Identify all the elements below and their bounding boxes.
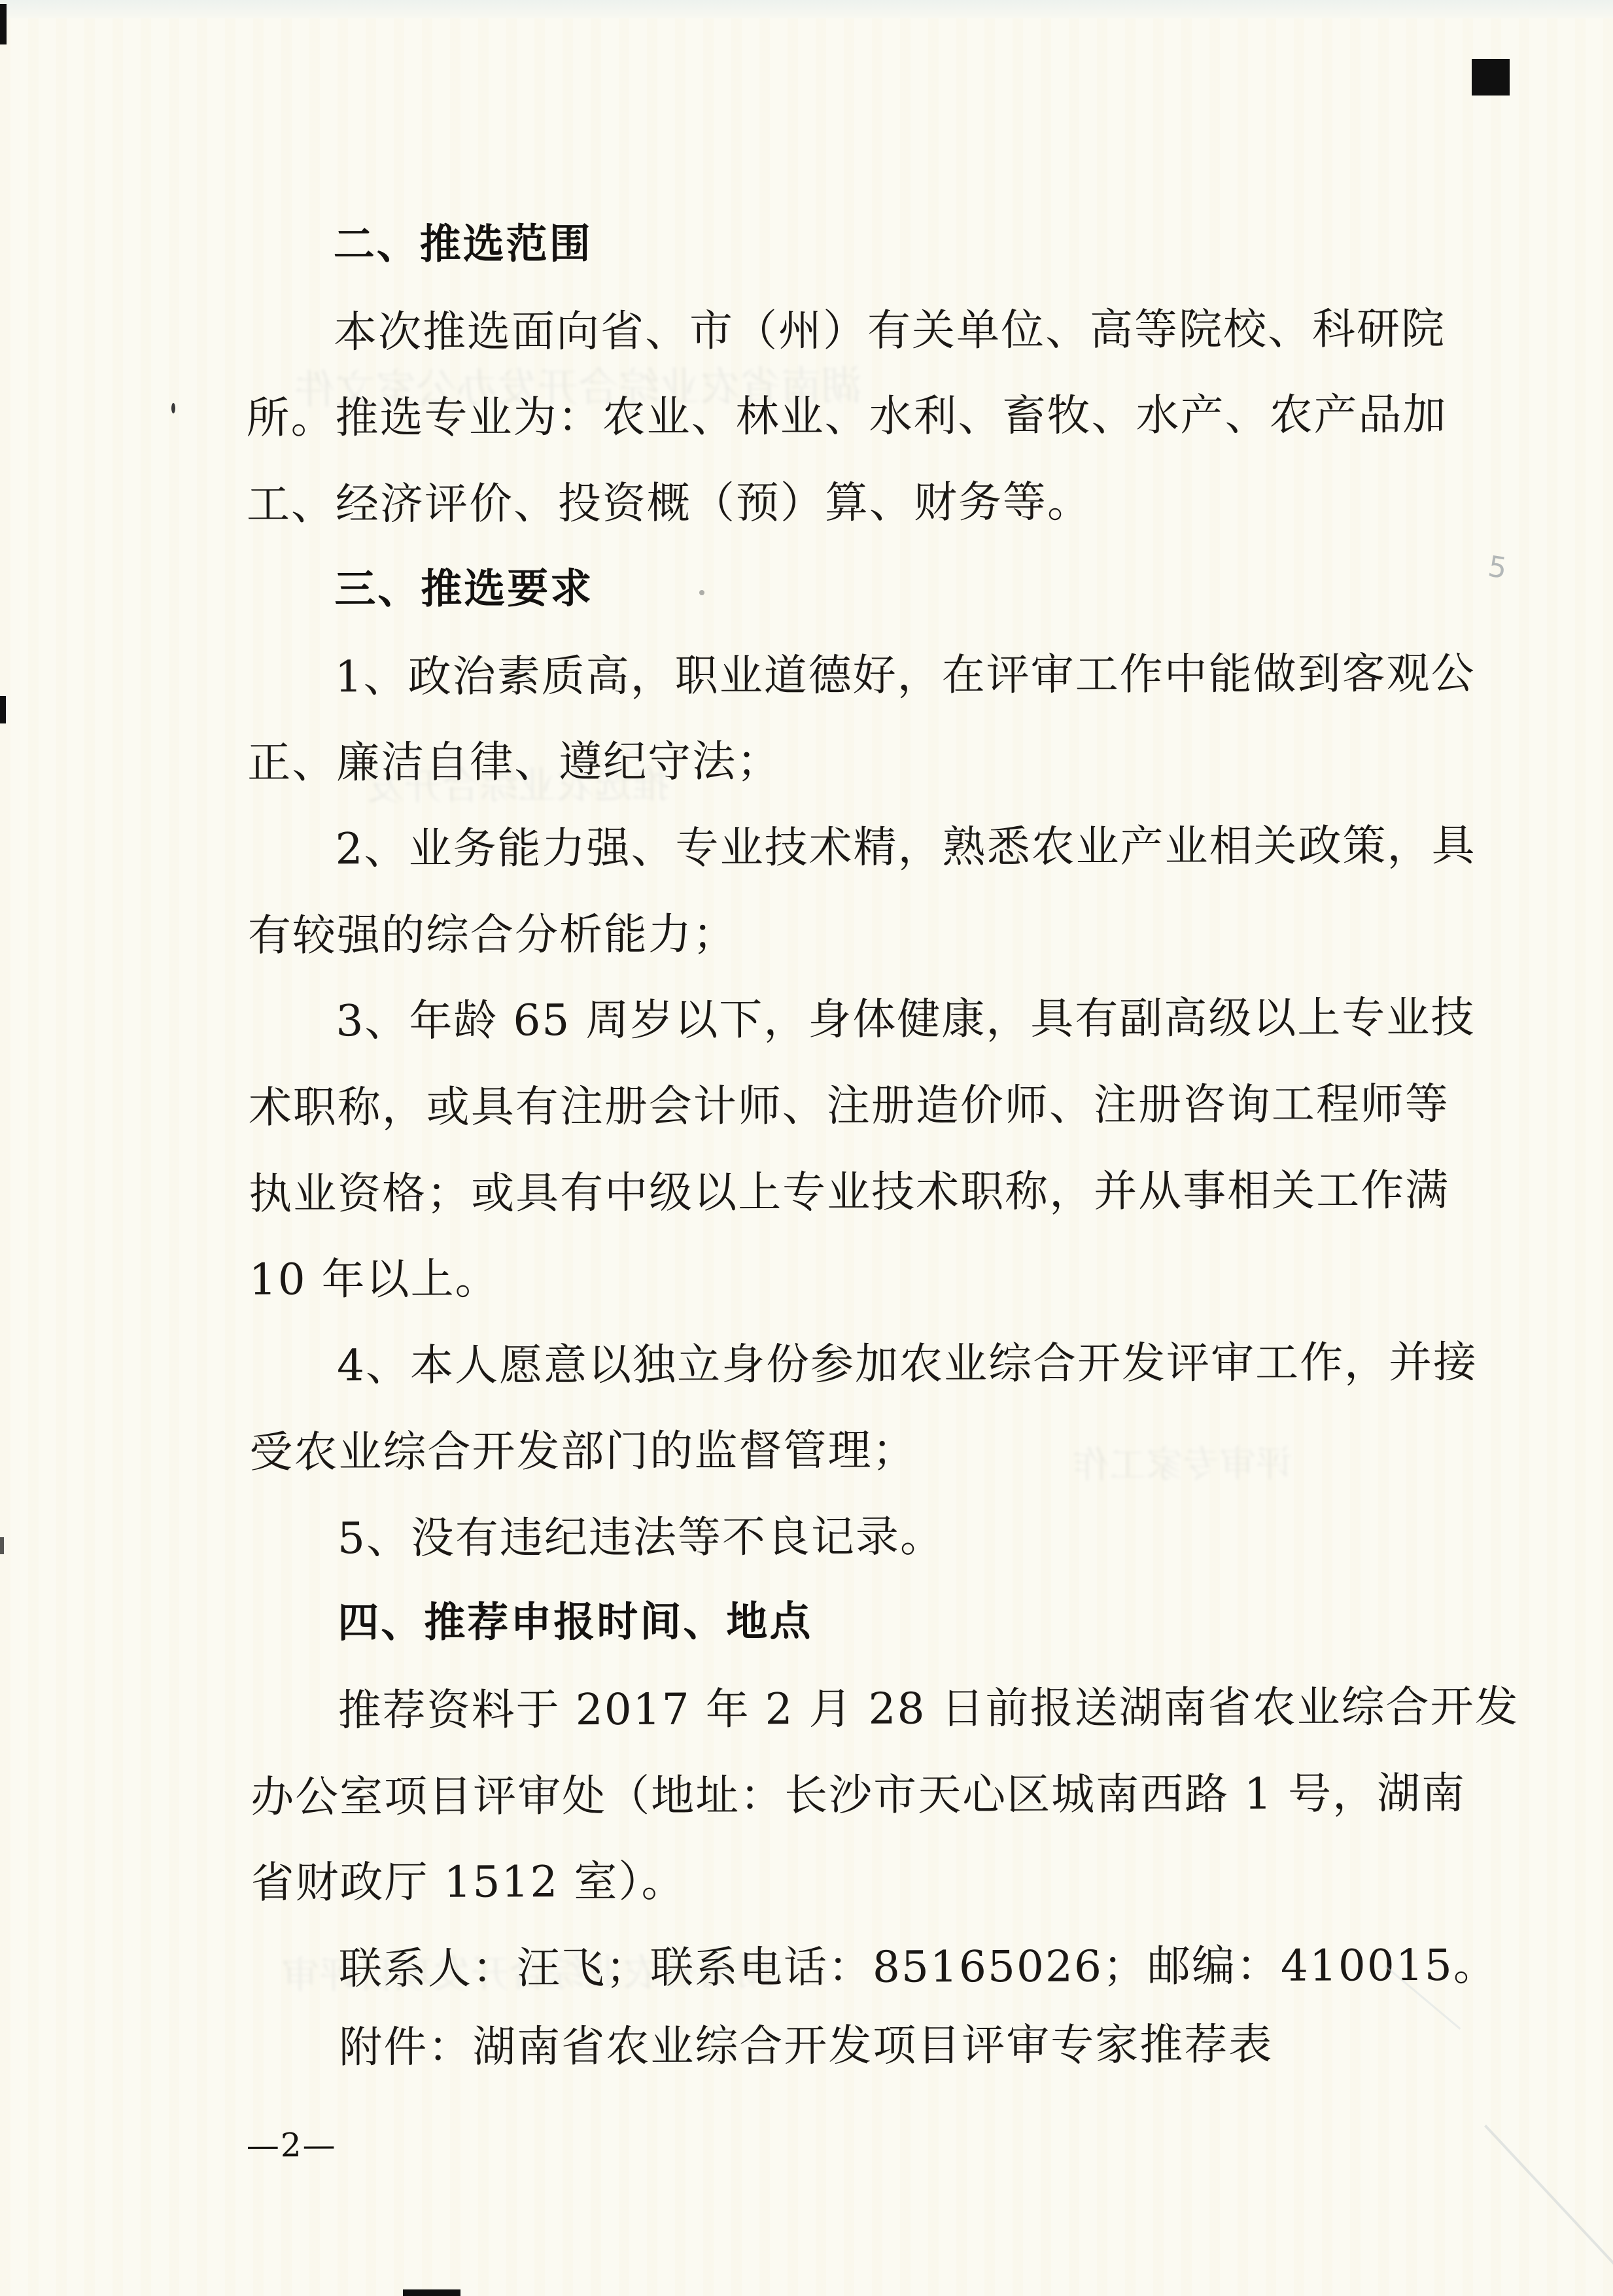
document-line: 执业资格；或具有中级以上专业技术职称，并从事相关工作满 (249, 1168, 1449, 1217)
document-line: 5、没有违纪违法等不良记录。 (338, 1514, 945, 1561)
section-heading: 二、推选范围 (334, 222, 593, 266)
dust-speck (699, 590, 704, 595)
scan-artifact-top-right-square (1472, 59, 1510, 96)
document-line: 1、政治素质高，职业道德好，在评审工作中能做到客观公 (335, 650, 1476, 699)
scan-artifact-top-left (0, 4, 7, 44)
document-line: 正、廉洁自律、遵纪守法； (247, 739, 781, 786)
document-line: 附件：湖南省农业综合开发项目评审专家推荐表 (339, 2022, 1273, 2070)
document-line: 2、业务能力强、专业技术精，熟悉农业产业相关政策，具 (335, 823, 1476, 872)
document-line: 办公室项目评审处（地址：长沙市天心区城南西路 1 号，湖南 (251, 1770, 1466, 1819)
document-line: 有较强的综合分析能力； (248, 911, 737, 958)
document-line: 本次推选面向省、市（州）有关单位、高等院校、科研院 (334, 306, 1446, 355)
document-line: 3、年龄 65 周岁以下，身体健康，具有副高级以上专业技 (336, 995, 1475, 1044)
document-line: 推荐资料于 2017 年 2 月 28 日前报送湖南省农业综合开发 (338, 1684, 1519, 1733)
section-heading: 四、推荐申报时间、地点 (338, 1600, 812, 1644)
document-line: 省财政厅 1512 室）。 (251, 1859, 685, 1905)
section-heading: 三、推选要求 (334, 567, 593, 611)
scan-artifact-bottom (403, 2289, 460, 2296)
document-line: 受农业综合开发部门的监督管理； (249, 1427, 916, 1475)
page-number: —2— (247, 2129, 337, 2161)
document-text-block: —2— 5 二、推选范围本次推选面向省、市（州）有关单位、高等院校、科研院所。推… (0, 0, 1613, 2296)
scanned-document-page: 湖南省农业综合开发办公室文件推选农业综合开发评审专家工作湖南省农业综合开发项目评… (0, 0, 1613, 2296)
document-line: 联系人：汪飞；联系电话：85165026；邮编：410015。 (339, 1943, 1498, 1992)
document-line: 4、本人愿意以独立身份参加农业综合开发评审工作，并接 (337, 1340, 1478, 1389)
document-line: 10 年以上。 (249, 1257, 500, 1302)
document-line: 所。推选专业为：农业、林业、水利、畜牧、水产、农产品加 (246, 392, 1447, 441)
dust-speck (171, 403, 175, 413)
scan-artifact-left-edge (0, 696, 6, 723)
document-line: 术职称，或具有注册会计师、注册造价师、注册咨询工程师等 (249, 1081, 1449, 1130)
pencil-annotation-mark: 5 (1486, 550, 1512, 586)
document-line: 工、经济评价、投资概（预）算、财务等。 (247, 479, 1092, 527)
scan-artifact-left-edge-2 (0, 1537, 4, 1554)
